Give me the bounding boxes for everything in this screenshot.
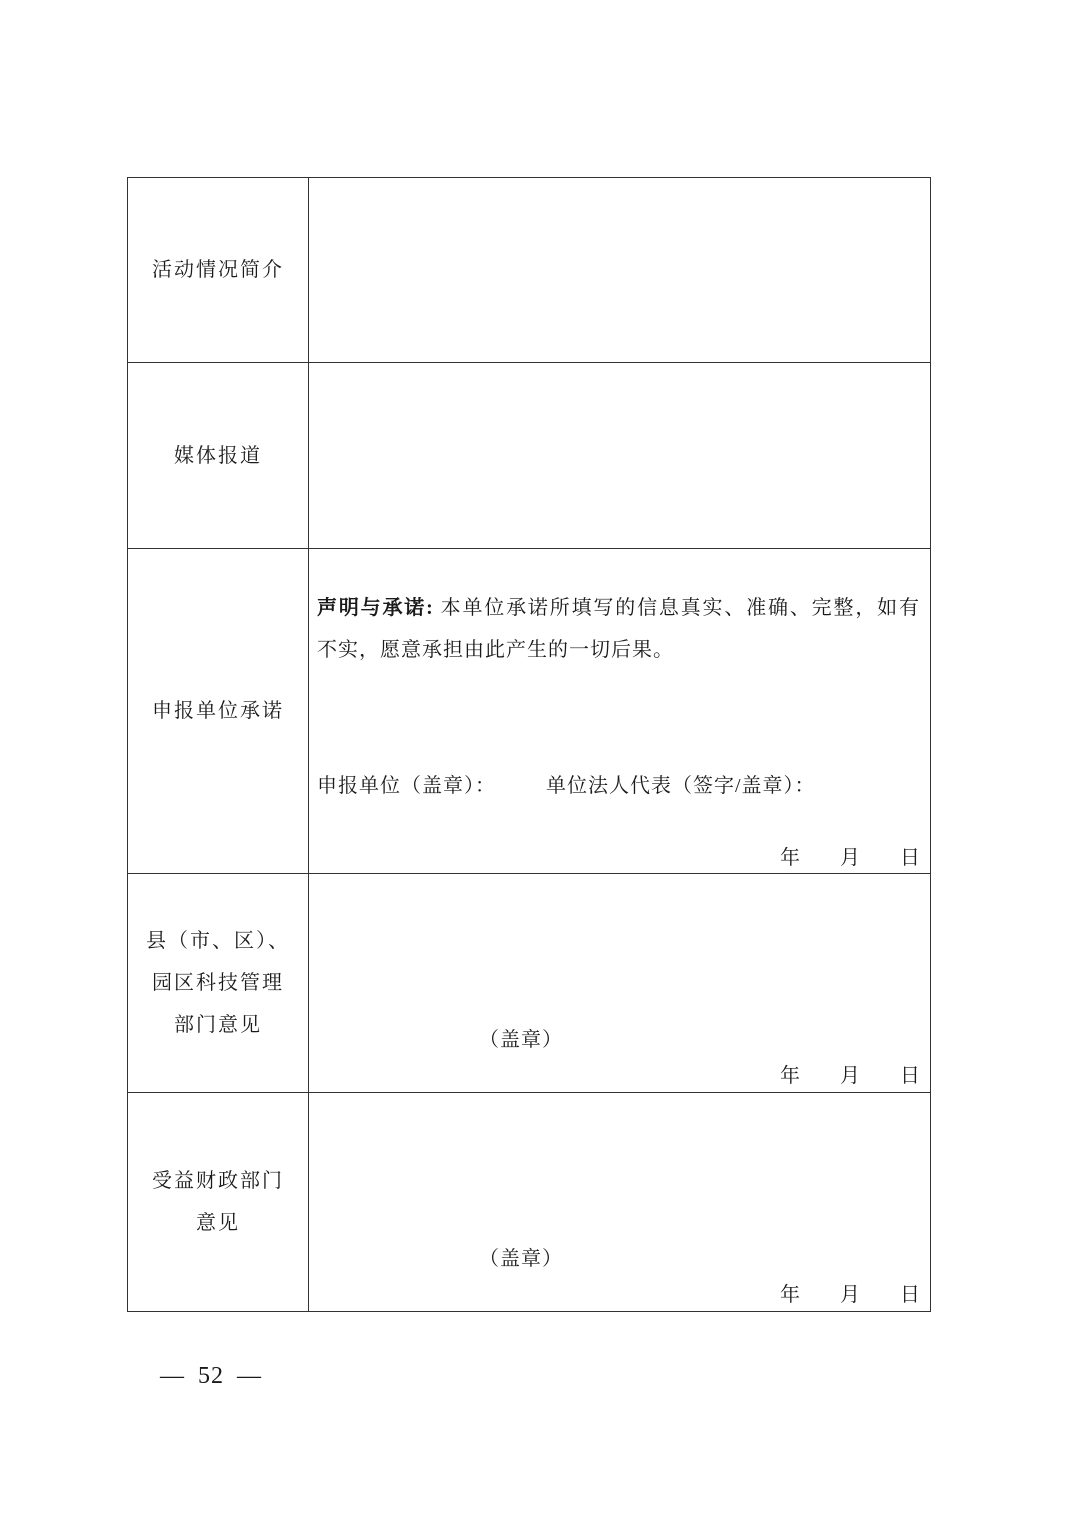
application-form-table: 活动情况简介 媒体报道 申报单位承诺 声明与承诺: 本单位承诺所填写的信息真实、… bbox=[127, 177, 931, 1312]
declaration-date-line: 年 月 日 bbox=[317, 843, 920, 873]
media-report-label: 媒体报道 bbox=[128, 435, 308, 477]
finance-opinion-date-line: 年 月 日 bbox=[317, 1279, 920, 1311]
finance-opinion-label-line1: 受益财政部门 bbox=[128, 1160, 308, 1202]
legal-representative-sign-label: 单位法人代表（签字/盖章）： bbox=[546, 771, 816, 801]
activity-intro-content-cell bbox=[309, 178, 931, 363]
declaration-label: 申报单位承诺 bbox=[128, 690, 308, 732]
row-media-report: 媒体报道 bbox=[128, 363, 931, 549]
row-activity-intro: 活动情况简介 bbox=[128, 178, 931, 363]
row-declaration: 申报单位承诺 声明与承诺: 本单位承诺所填写的信息真实、准确、完整，如有 不实，… bbox=[128, 549, 931, 874]
county-opinion-date-line: 年 月 日 bbox=[317, 1060, 920, 1092]
declaration-signature-row: 申报单位（盖章）： 单位法人代表（签字/盖章）： bbox=[317, 771, 920, 801]
county-opinion-content-cell: （盖章） 年 月 日 bbox=[309, 874, 931, 1093]
declaration-statement-line1: 声明与承诺: 本单位承诺所填写的信息真实、准确、完整，如有 bbox=[317, 587, 920, 629]
row-county-opinion: 县（市、区）、 园区科技管理 部门意见 （盖章） 年 月 日 bbox=[128, 874, 931, 1093]
county-opinion-label-line3: 部门意见 bbox=[128, 1004, 308, 1046]
declaration-content-cell: 声明与承诺: 本单位承诺所填写的信息真实、准确、完整，如有 不实，愿意承担由此产… bbox=[309, 549, 931, 874]
declaration-statement: 声明与承诺: 本单位承诺所填写的信息真实、准确、完整，如有 不实，愿意承担由此产… bbox=[317, 549, 920, 671]
row-finance-opinion: 受益财政部门 意见 （盖章） 年 月 日 bbox=[128, 1093, 931, 1312]
declaration-statement-bold: 声明与承诺: bbox=[317, 597, 434, 619]
media-report-content-cell bbox=[309, 363, 931, 549]
county-opinion-label-cell: 县（市、区）、 园区科技管理 部门意见 bbox=[128, 874, 309, 1093]
finance-opinion-stamp: （盖章） bbox=[479, 1243, 920, 1275]
document-page: 活动情况简介 媒体报道 申报单位承诺 声明与承诺: 本单位承诺所填写的信息真实、… bbox=[0, 0, 1074, 1520]
finance-opinion-label-cell: 受益财政部门 意见 bbox=[128, 1093, 309, 1312]
declaration-statement-text1: 本单位承诺所填写的信息真实、准确、完整，如有 bbox=[434, 597, 920, 619]
finance-opinion-content-cell: （盖章） 年 月 日 bbox=[309, 1093, 931, 1312]
finance-opinion-label: 受益财政部门 意见 bbox=[128, 1160, 308, 1244]
county-opinion-stamp: （盖章） bbox=[479, 1024, 920, 1056]
applicant-unit-seal-label: 申报单位（盖章）： bbox=[317, 771, 496, 801]
county-opinion-label-line1: 县（市、区）、 bbox=[128, 920, 308, 962]
declaration-statement-line2: 不实，愿意承担由此产生的一切后果。 bbox=[317, 629, 920, 671]
media-report-label-cell: 媒体报道 bbox=[128, 363, 309, 549]
activity-intro-label-cell: 活动情况简介 bbox=[128, 178, 309, 363]
page-number: — 52 — bbox=[160, 1358, 262, 1394]
county-opinion-label-line2: 园区科技管理 bbox=[128, 962, 308, 1004]
activity-intro-label: 活动情况简介 bbox=[128, 249, 308, 291]
finance-opinion-label-line2: 意见 bbox=[128, 1202, 308, 1244]
county-opinion-label: 县（市、区）、 园区科技管理 部门意见 bbox=[128, 920, 308, 1046]
declaration-label-cell: 申报单位承诺 bbox=[128, 549, 309, 874]
